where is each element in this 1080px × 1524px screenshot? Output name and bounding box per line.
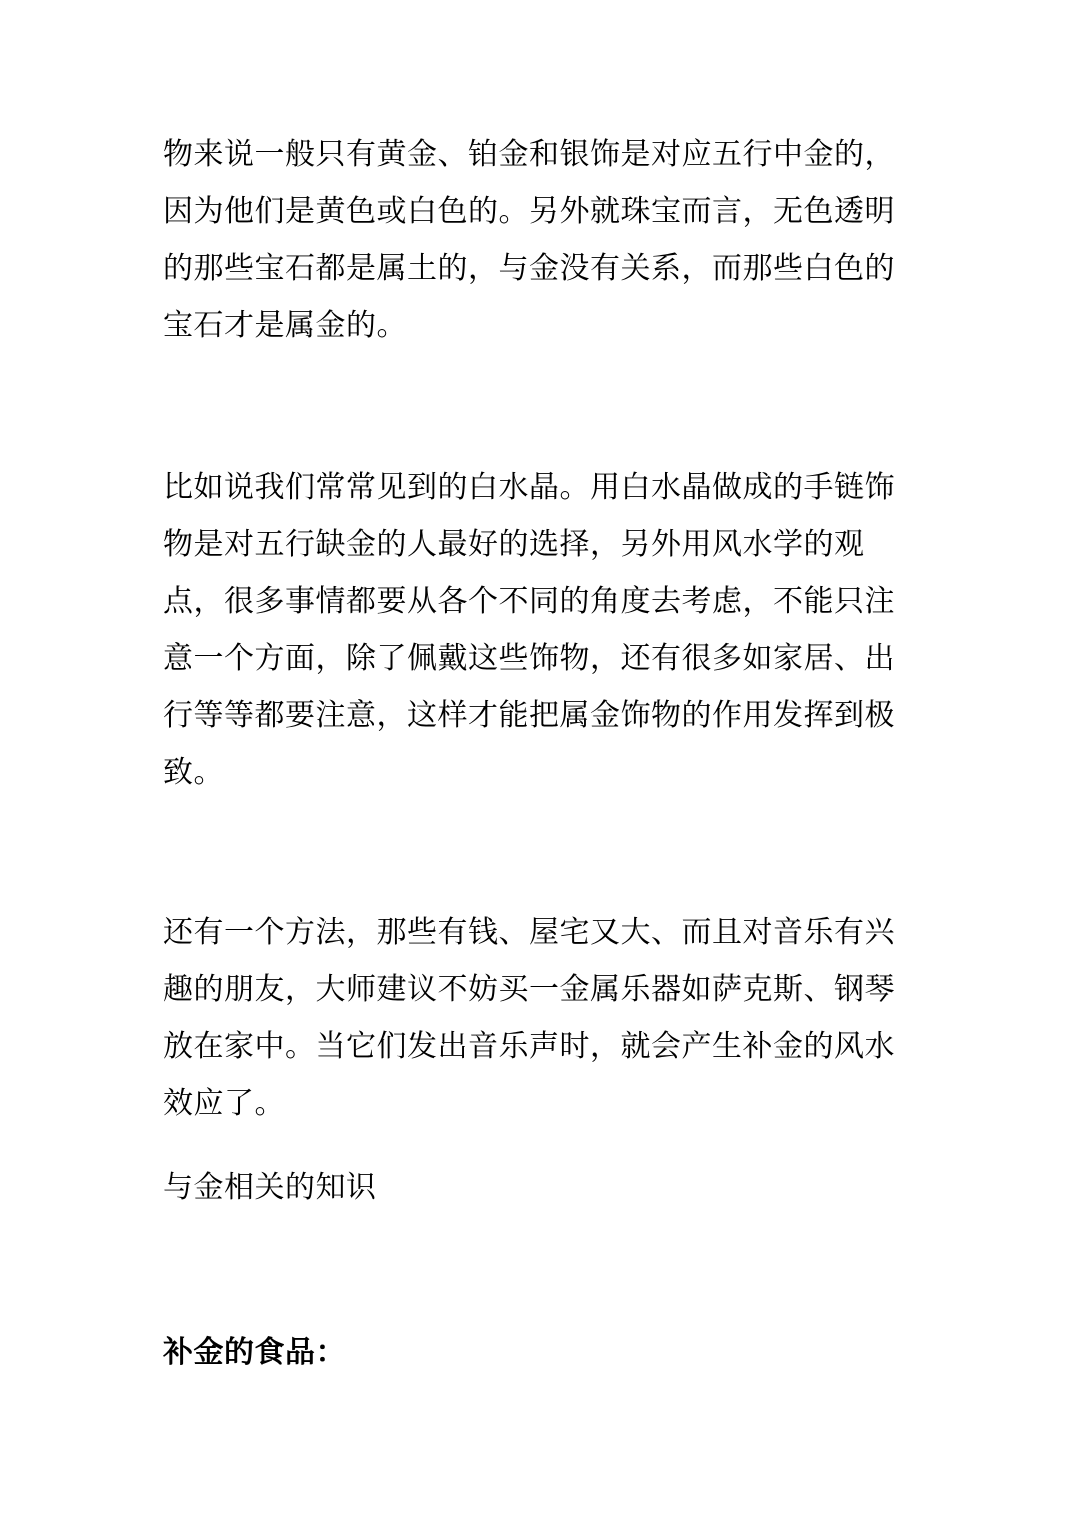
- subheading-related-knowledge: 与金相关的知识: [163, 1159, 913, 1216]
- heading-gold-food: 补金的食品：: [163, 1324, 913, 1381]
- paragraph-musical-instrument: 还有一个方法，那些有钱、屋宅又大、而且对音乐有兴趣的朋友，大师建议不妨买一金属乐…: [163, 904, 913, 1132]
- document-content: 物来说一般只有黄金、铂金和银饰是对应五行中金的，因为他们是黄色或白色的。另外就珠…: [0, 0, 1080, 1381]
- document-page: 物来说一般只有黄金、铂金和银饰是对应五行中金的，因为他们是黄色或白色的。另外就珠…: [0, 0, 1080, 1524]
- paragraph-white-crystal: 比如说我们常常见到的白水晶。用白水晶做成的手链饰物是对五行缺金的人最好的选择，另…: [163, 459, 913, 801]
- paragraph-gold-jewelry: 物来说一般只有黄金、铂金和银饰是对应五行中金的，因为他们是黄色或白色的。另外就珠…: [163, 126, 913, 354]
